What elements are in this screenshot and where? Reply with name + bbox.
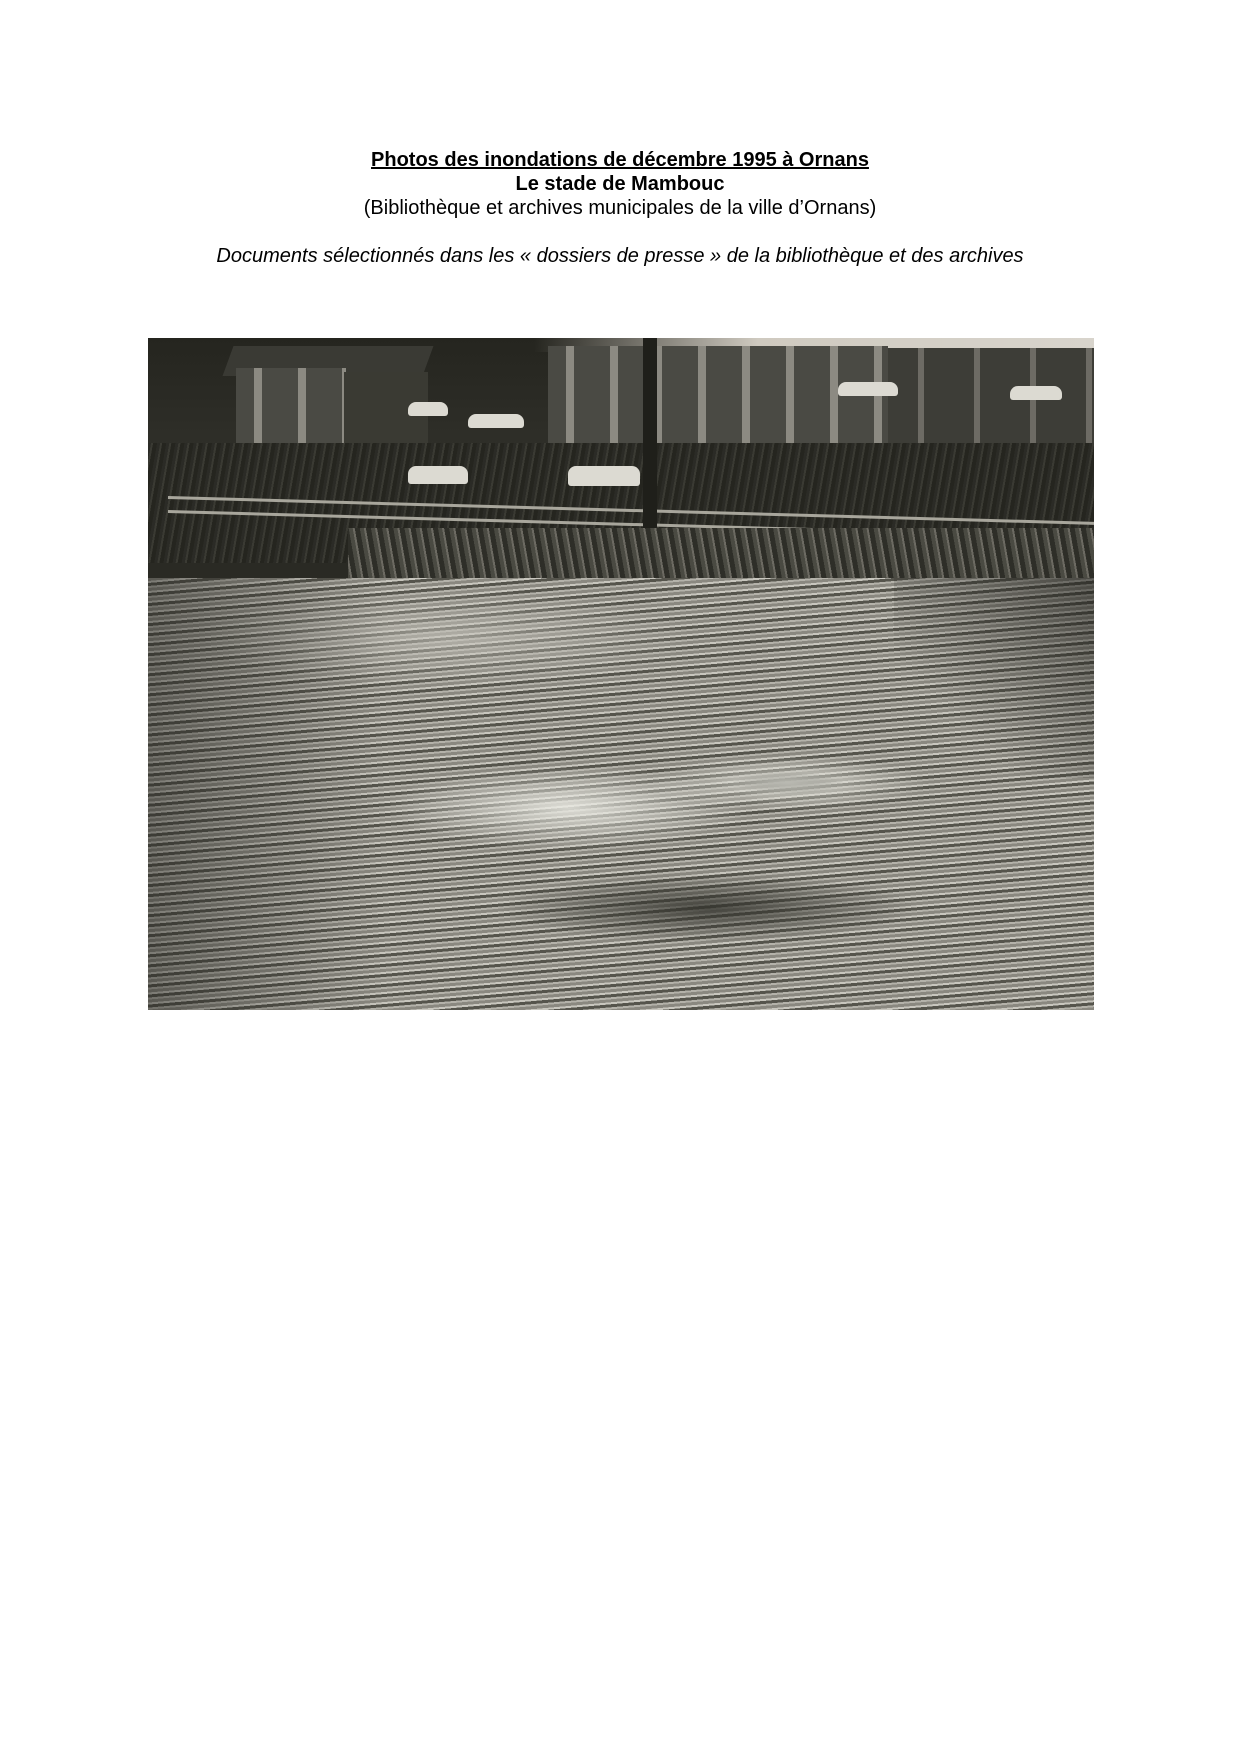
muddy-field (148, 578, 1094, 1010)
car (408, 402, 448, 416)
car (468, 414, 524, 428)
car (408, 466, 468, 484)
lamp-pole (643, 338, 657, 528)
document-title: Photos des inondations de décembre 1995 … (0, 148, 1240, 172)
fence (168, 488, 1094, 528)
flood-photo (148, 338, 1094, 1010)
document-source: (Bibliothèque et archives municipales de… (0, 196, 1240, 220)
document-note: Documents sélectionnés dans les « dossie… (0, 244, 1240, 268)
car (1010, 386, 1062, 400)
building-right (888, 348, 1094, 448)
building-center (548, 346, 888, 458)
document-header: Photos des inondations de décembre 1995 … (0, 148, 1240, 268)
car (568, 466, 640, 486)
document-subtitle: Le stade de Mambouc (0, 172, 1240, 196)
car (838, 382, 898, 396)
